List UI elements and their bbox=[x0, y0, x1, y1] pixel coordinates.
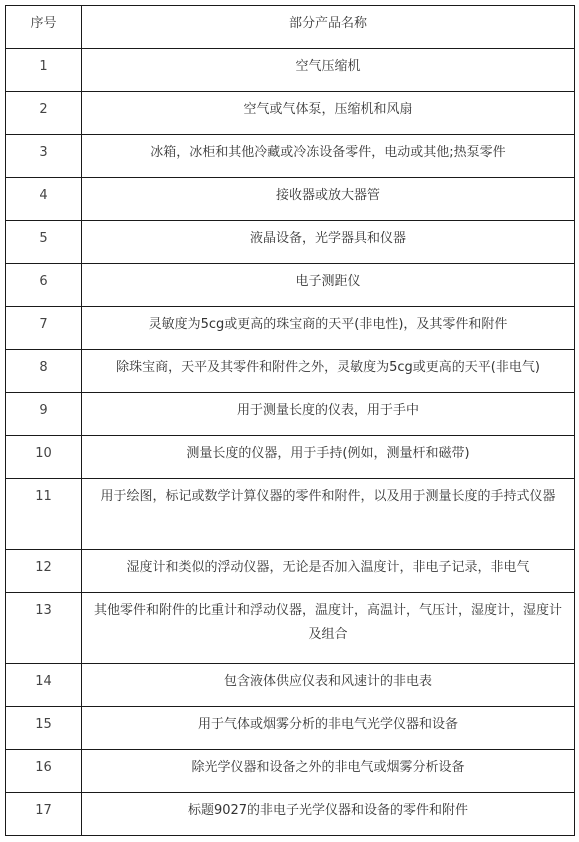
row-index: 12 bbox=[6, 550, 82, 593]
row-product-name: 用于测量长度的仪表，用于手中 bbox=[82, 393, 575, 436]
row-index: 14 bbox=[6, 664, 82, 707]
table-row: 10测量长度的仪器，用于手持(例如，测量杆和磁带) bbox=[6, 436, 575, 479]
row-product-name: 接收器或放大器管 bbox=[82, 178, 575, 221]
header-index: 序号 bbox=[6, 6, 82, 49]
table-row: 17标题9027的非电子光学仪器和设备的零件和附件 bbox=[6, 793, 575, 836]
row-product-name: 测量长度的仪器，用于手持(例如，测量杆和磁带) bbox=[82, 436, 575, 479]
row-product-name: 冰箱，冰柜和其他冷藏或冷冻设备零件，电动或其他;热泵零件 bbox=[82, 135, 575, 178]
table-row: 13其他零件和附件的比重计和浮动仪器，温度计，高温计，气压计，湿度计，湿度计及组… bbox=[6, 593, 575, 664]
row-product-name: 灵敏度为5cg或更高的珠宝商的天平(非电性)，及其零件和附件 bbox=[82, 307, 575, 350]
row-index: 16 bbox=[6, 750, 82, 793]
table-row: 11用于绘图，标记或数学计算仪器的零件和附件，以及用于测量长度的手持式仪器 bbox=[6, 479, 575, 550]
table-row: 16除光学仪器和设备之外的非电气或烟雾分析设备 bbox=[6, 750, 575, 793]
row-product-name: 标题9027的非电子光学仪器和设备的零件和附件 bbox=[82, 793, 575, 836]
table-row: 3冰箱，冰柜和其他冷藏或冷冻设备零件，电动或其他;热泵零件 bbox=[6, 135, 575, 178]
row-index: 10 bbox=[6, 436, 82, 479]
row-index: 8 bbox=[6, 350, 82, 393]
table-row: 2空气或气体泵，压缩机和风扇 bbox=[6, 92, 575, 135]
header-product-name: 部分产品名称 bbox=[82, 6, 575, 49]
table-row: 9用于测量长度的仪表，用于手中 bbox=[6, 393, 575, 436]
table-row: 6电子测距仪 bbox=[6, 264, 575, 307]
row-product-name: 空气压缩机 bbox=[82, 49, 575, 92]
row-product-name: 电子测距仪 bbox=[82, 264, 575, 307]
row-product-name: 包含液体供应仪表和风速计的非电表 bbox=[82, 664, 575, 707]
table-row: 5液晶设备，光学器具和仪器 bbox=[6, 221, 575, 264]
product-table: 序号 部分产品名称 1空气压缩机 2空气或气体泵，压缩机和风扇 3冰箱，冰柜和其… bbox=[5, 5, 575, 836]
row-product-name: 除珠宝商，天平及其零件和附件之外，灵敏度为5cg或更高的天平(非电气) bbox=[82, 350, 575, 393]
row-product-name: 其他零件和附件的比重计和浮动仪器，温度计，高温计，气压计，湿度计，湿度计及组合 bbox=[82, 593, 575, 664]
row-index: 1 bbox=[6, 49, 82, 92]
table-header-row: 序号 部分产品名称 bbox=[6, 6, 575, 49]
row-index: 13 bbox=[6, 593, 82, 664]
row-product-name: 湿度计和类似的浮动仪器，无论是否加入温度计，非电子记录，非电气 bbox=[82, 550, 575, 593]
row-product-name: 用于气体或烟雾分析的非电气光学仪器和设备 bbox=[82, 707, 575, 750]
row-index: 7 bbox=[6, 307, 82, 350]
row-index: 4 bbox=[6, 178, 82, 221]
table-row: 8除珠宝商，天平及其零件和附件之外，灵敏度为5cg或更高的天平(非电气) bbox=[6, 350, 575, 393]
table-row: 15用于气体或烟雾分析的非电气光学仪器和设备 bbox=[6, 707, 575, 750]
row-index: 11 bbox=[6, 479, 82, 550]
row-index: 17 bbox=[6, 793, 82, 836]
row-index: 2 bbox=[6, 92, 82, 135]
row-product-name: 液晶设备，光学器具和仪器 bbox=[82, 221, 575, 264]
row-index: 6 bbox=[6, 264, 82, 307]
row-index: 15 bbox=[6, 707, 82, 750]
row-index: 9 bbox=[6, 393, 82, 436]
row-product-name: 用于绘图，标记或数学计算仪器的零件和附件，以及用于测量长度的手持式仪器 bbox=[82, 479, 575, 550]
row-product-name: 除光学仪器和设备之外的非电气或烟雾分析设备 bbox=[82, 750, 575, 793]
table-row: 12湿度计和类似的浮动仪器，无论是否加入温度计，非电子记录，非电气 bbox=[6, 550, 575, 593]
table-row: 4接收器或放大器管 bbox=[6, 178, 575, 221]
row-index: 5 bbox=[6, 221, 82, 264]
table-row: 1空气压缩机 bbox=[6, 49, 575, 92]
row-product-name: 空气或气体泵，压缩机和风扇 bbox=[82, 92, 575, 135]
table-row: 7灵敏度为5cg或更高的珠宝商的天平(非电性)，及其零件和附件 bbox=[6, 307, 575, 350]
row-index: 3 bbox=[6, 135, 82, 178]
table-row: 14包含液体供应仪表和风速计的非电表 bbox=[6, 664, 575, 707]
